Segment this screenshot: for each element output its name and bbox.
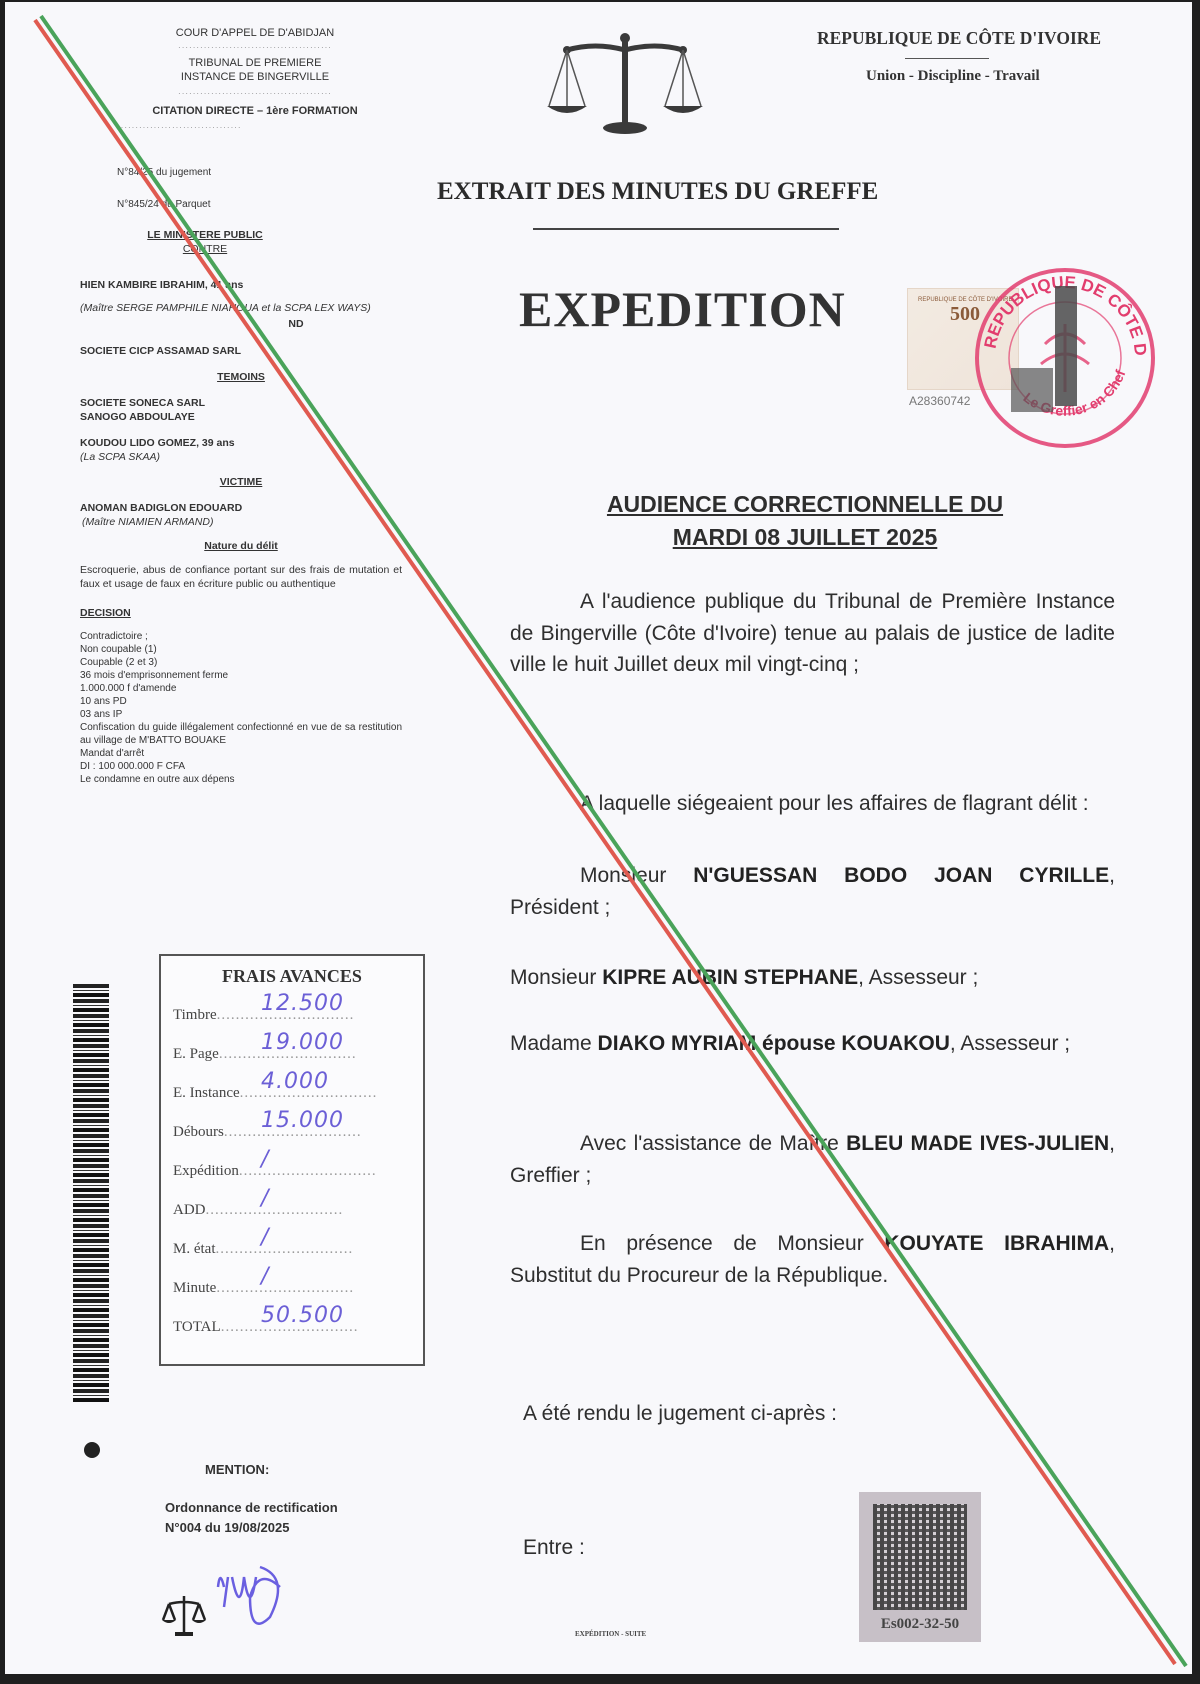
hearing-heading-line-1: AUDIENCE CORRECTIONNELLE DU bbox=[525, 488, 1085, 521]
datamatrix-block: Es002-32-50 bbox=[859, 1492, 981, 1642]
frais-label: ADD............................. bbox=[173, 1202, 343, 1218]
frais-avances-box: FRAIS AVANCES Timbre....................… bbox=[159, 954, 425, 1366]
prosecutor-name: KOUYATE IBRAHIMA bbox=[884, 1232, 1109, 1255]
mention-line-2: N°004 du 19/08/2025 bbox=[165, 1518, 338, 1538]
court-name: COUR D'APPEL DE D'ABIDJAN bbox=[105, 26, 405, 41]
paragraph-audience: A l'audience publique du Tribunal de Pre… bbox=[510, 586, 1115, 681]
frais-title: FRAIS AVANCES bbox=[161, 966, 423, 987]
decision-list: Contradictoire ;Non coupable (1)Coupable… bbox=[80, 630, 402, 786]
entre-label: Entre : bbox=[523, 1532, 723, 1564]
republic-name: REPUBLIQUE DE CÔTE D'IVOIRE bbox=[817, 28, 1101, 49]
decision-line: Le condamne en outre aux dépens bbox=[80, 773, 402, 786]
contre-label: CONTRE bbox=[105, 242, 305, 256]
president-name: N'GUESSAN BODO JOAN CYRILLE bbox=[693, 864, 1109, 887]
tribunal-line-1: TRIBUNAL DE PREMIERE bbox=[105, 56, 405, 71]
frais-value: 4.000 bbox=[261, 1069, 329, 1094]
judgment-rendered: A été rendu le jugement ci-après : bbox=[523, 1398, 1123, 1430]
frais-value: / bbox=[261, 1186, 269, 1211]
decision-line: 03 ans IP bbox=[80, 708, 402, 721]
frais-rows: Timbre.............................12.50… bbox=[161, 993, 423, 1344]
witness-3: KOUDOU LIDO GOMEZ, 39 ans bbox=[80, 436, 402, 450]
signature bbox=[210, 1547, 290, 1637]
ministere-label: LE MINISTERE PUBLIC bbox=[105, 228, 305, 242]
footer-code: EXPÉDITION - SUITE bbox=[575, 1630, 646, 1638]
republic-motto: Union - Discipline - Travail bbox=[866, 68, 1040, 85]
decision-line: Non coupable (1) bbox=[80, 643, 402, 656]
frais-value: / bbox=[261, 1147, 269, 1172]
parquet-number: N°845/24 du Parquet bbox=[117, 198, 211, 212]
datamatrix-code: Es002-32-50 bbox=[859, 1616, 981, 1633]
scales-of-justice-icon bbox=[545, 28, 705, 136]
dotted-separator: ········································… bbox=[105, 89, 405, 100]
paragraph-composition: A laquelle siégeaient pour les affaires … bbox=[510, 788, 1115, 820]
mention-line-1: Ordonnance de rectification bbox=[165, 1498, 338, 1518]
fiscal-stamp-serial: A28360742 bbox=[909, 394, 970, 408]
witnesses-heading: TEMOINS bbox=[80, 370, 402, 384]
decision-heading: DECISION bbox=[80, 606, 402, 620]
official-seal: REPUBLIQUE DE CÔTE D'IVOIRE Le Greffier … bbox=[971, 264, 1159, 452]
decision-line: Confiscation du guide illégalement confe… bbox=[80, 721, 402, 747]
document-subtitle: EXPEDITION bbox=[519, 280, 846, 338]
president: Monsieur N'GUESSAN BODO JOAN CYRILLE, Pr… bbox=[510, 860, 1115, 923]
barcode bbox=[73, 984, 109, 1404]
decision-line: Coupable (2 et 3) bbox=[80, 656, 402, 669]
prosecutor: En présence de Monsieur KOUYATE IBRAHIMA… bbox=[510, 1228, 1115, 1291]
left-header: COUR D'APPEL DE D'ABIDJAN ··············… bbox=[105, 26, 405, 138]
assessor-2-name: DIAKO MYRIAM épouse KOUAKOU bbox=[598, 1032, 950, 1055]
decision-line: Mandat d'arrêt bbox=[80, 747, 402, 760]
clerk: Avec l'assistance de Maître BLEU MADE IV… bbox=[510, 1128, 1115, 1191]
witness-2: SANOGO ABDOULAYE bbox=[80, 410, 402, 424]
witness-3-counsel: (La SCPA SKAA) bbox=[80, 450, 402, 464]
header-rule bbox=[905, 58, 989, 59]
witness-1: SOCIETE SONECA SARL bbox=[80, 396, 402, 410]
frais-label: Expédition............................. bbox=[173, 1163, 377, 1179]
victim: ANOMAN BADIGLON EDOUARD bbox=[80, 501, 402, 515]
frais-value: / bbox=[261, 1264, 269, 1289]
document-title: EXTRAIT DES MINUTES DU GREFFE bbox=[437, 178, 878, 206]
decision-line: Contradictoire ; bbox=[80, 630, 402, 643]
hearing-heading-line-2: MARDI 08 JUILLET 2025 bbox=[525, 521, 1085, 554]
frais-row: Expédition............................./ bbox=[161, 1149, 423, 1188]
frais-row: E. Page.............................19.0… bbox=[161, 1032, 423, 1071]
offence-heading: Nature du délit bbox=[80, 539, 402, 553]
ministere-public: LE MINISTERE PUBLIC CONTRE bbox=[105, 228, 305, 256]
dotted-separator: ·································· bbox=[105, 123, 405, 134]
scales-of-justice-small-icon bbox=[161, 1592, 207, 1638]
frais-row: ADD............................./ bbox=[161, 1188, 423, 1227]
frais-row: M. état............................./ bbox=[161, 1227, 423, 1266]
formation: CITATION DIRECTE – 1ère FORMATION bbox=[105, 104, 405, 119]
mention-text: Ordonnance de rectification N°004 du 19/… bbox=[165, 1498, 338, 1538]
frais-value: 15.000 bbox=[261, 1108, 344, 1133]
decision-line: 1.000.000 f d'amende bbox=[80, 682, 402, 695]
victim-heading: VICTIME bbox=[80, 475, 402, 489]
victim-counsel: (Maître NIAMIEN ARMAND) bbox=[80, 515, 402, 529]
decision-line: 36 mois d'emprisonnement ferme bbox=[80, 669, 402, 682]
mention-heading: MENTION: bbox=[205, 1462, 269, 1477]
clerk-name: BLEU MADE IVES-JULIEN bbox=[846, 1132, 1109, 1155]
frais-row: E. Instance.............................… bbox=[161, 1071, 423, 1110]
frais-value: / bbox=[261, 1225, 269, 1250]
co-defendant: SOCIETE CICP ASSAMAD SARL bbox=[80, 344, 402, 358]
frais-value: 50.500 bbox=[261, 1303, 344, 1328]
defendant: HIEN KAMBIRE IBRAHIM, 41 ans bbox=[80, 278, 402, 292]
judgment-number: N°84/25 du jugement bbox=[117, 166, 211, 180]
offence-text: Escroquerie, abus de confiance portant s… bbox=[80, 563, 402, 591]
frais-value: 12.500 bbox=[261, 991, 344, 1016]
nd-label: ND bbox=[80, 317, 402, 331]
tribunal-line-2: INSTANCE DE BINGERVILLE bbox=[105, 70, 405, 85]
title-rule bbox=[533, 228, 839, 230]
frais-row: Débours.............................15.0… bbox=[161, 1110, 423, 1149]
datamatrix-icon bbox=[873, 1504, 967, 1610]
frais-row: TOTAL.............................50.500 bbox=[161, 1305, 423, 1344]
parties-block: HIEN KAMBIRE IBRAHIM, 41 ans (Maître SER… bbox=[80, 278, 402, 786]
frais-row: Minute............................./ bbox=[161, 1266, 423, 1305]
defendant-counsel: (Maître SERGE PAMPHILE NIAHOUA et la SCP… bbox=[80, 301, 402, 315]
dotted-separator: ········································… bbox=[105, 43, 405, 54]
document-page: COUR D'APPEL DE D'ABIDJAN ··············… bbox=[5, 2, 1192, 1674]
assessor-1: Monsieur KIPRE AUBIN STEPHANE, Assesseur… bbox=[510, 962, 1115, 994]
decision-line: 10 ans PD bbox=[80, 695, 402, 708]
frais-row: Timbre.............................12.50… bbox=[161, 993, 423, 1032]
decision-line: DI : 100 000.000 F CFA bbox=[80, 760, 402, 773]
hole-punch-icon bbox=[84, 1442, 100, 1458]
assessor-1-name: KIPRE AUBIN STEPHANE bbox=[602, 966, 858, 989]
hearing-heading: AUDIENCE CORRECTIONNELLE DU MARDI 08 JUI… bbox=[525, 488, 1085, 555]
frais-value: 19.000 bbox=[261, 1030, 344, 1055]
assessor-2: Madame DIAKO MYRIAM épouse KOUAKOU, Asse… bbox=[510, 1028, 1115, 1060]
